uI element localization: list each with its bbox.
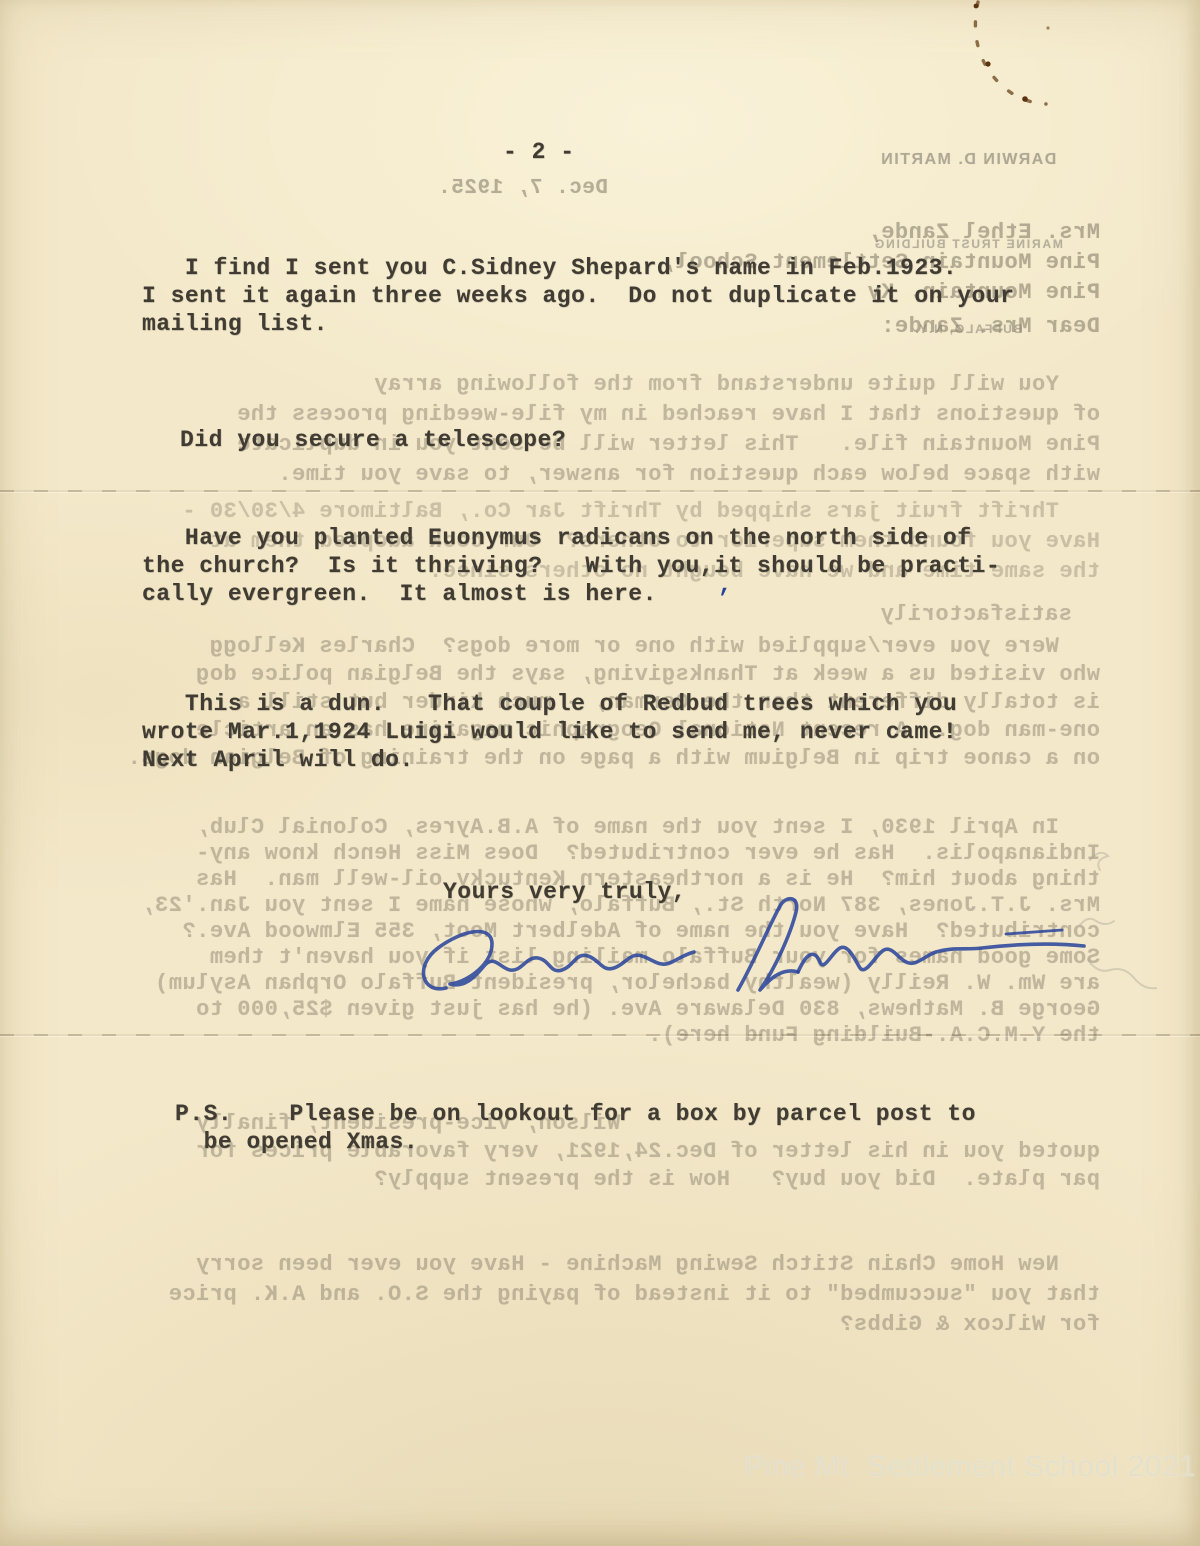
letter-page: DARWIN D. MARTIN MARINE TRUST BUILDING B… bbox=[0, 0, 1200, 1546]
watermark: Pine Mt. Settlement School 2021 bbox=[744, 1450, 1196, 1484]
ghost-paragraph-sewing: New Home Chain Stitch Sewing Machine - H… bbox=[30, 1250, 1100, 1340]
stain-mark bbox=[930, 0, 1080, 120]
ghost-letterhead-name: DARWIN D. MARTIN bbox=[848, 148, 1088, 172]
pencil-ghost-marks bbox=[1070, 830, 1200, 1030]
paragraph-dun: This is a dun. That couple of Redbud tre… bbox=[142, 690, 957, 774]
paragraph-shepard: I find I sent you C.Sidney Shepard's nam… bbox=[142, 254, 1014, 338]
paragraph-euonymus: Have you planted Euonymus radicans on th… bbox=[142, 524, 1000, 608]
signature-darwin-d-martin bbox=[408, 890, 1098, 1012]
fold-crease-lower bbox=[0, 1034, 1200, 1036]
blue-ink-comma: , bbox=[718, 572, 733, 600]
postscript: P.S. Please be on lookout for a box by p… bbox=[175, 1100, 976, 1156]
fold-crease-upper bbox=[0, 490, 1200, 492]
ghost-date: Dec. 7, 1925. bbox=[408, 174, 608, 204]
paragraph-telescope: Did you secure a telescope? bbox=[180, 426, 566, 454]
page-number: - 2 - bbox=[503, 138, 575, 166]
